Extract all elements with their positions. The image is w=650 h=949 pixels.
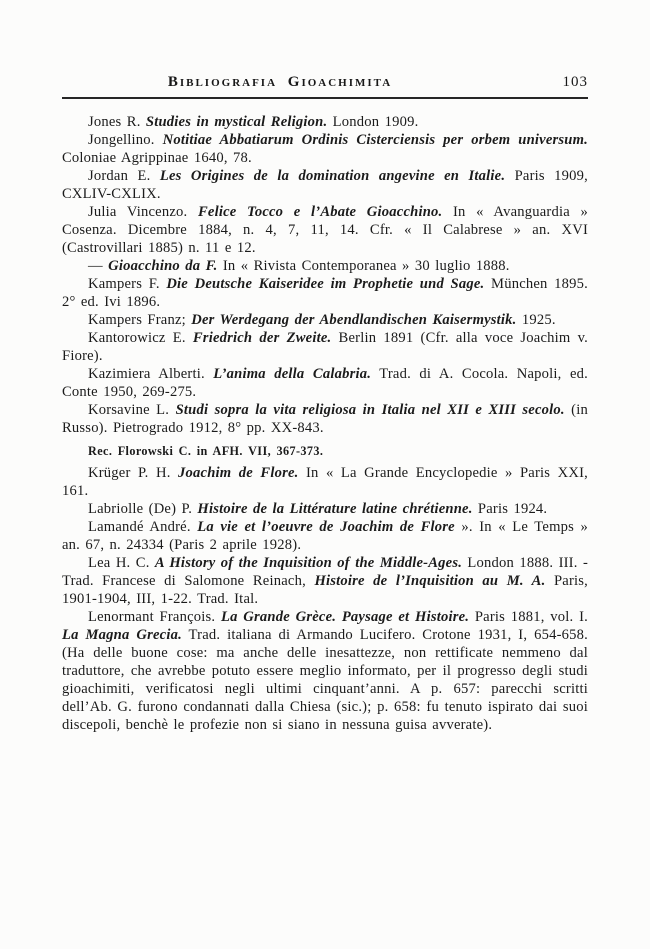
work-title: Gioacchino da F.: [108, 258, 217, 274]
entry-text: Kampers Franz;: [88, 312, 191, 328]
bibliography-entry: — Gioacchino da F. In « Rivista Contempo…: [62, 257, 588, 275]
entry-text: Lamandé André.: [88, 519, 197, 535]
work-title: Friedrich der Zweite.: [193, 330, 332, 346]
entry-text: Korsavine L.: [88, 402, 176, 418]
entry-text: Julia Vincenzo.: [88, 204, 198, 220]
bibliography-entry: Lenormant François. La Grande Grèce. Pay…: [62, 608, 588, 734]
work-title: L’anima della Calabria.: [213, 366, 371, 382]
bibliography-entry: Jones R. Studies in mystical Religion. L…: [62, 113, 588, 131]
bibliography-entry: Lea H. C. A History of the Inquisition o…: [62, 554, 588, 608]
page-number: 103: [563, 74, 589, 91]
bibliography-note: Rec. Florowski C. in AFH. VII, 367-373.: [62, 442, 588, 460]
running-header: Bibliografia Gioachimita 103: [62, 74, 588, 95]
bibliography-entry: Jordan E. Les Origines de la domination …: [62, 167, 588, 203]
work-title: Histoire de l’Inquisition au M. A.: [314, 573, 545, 589]
bibliography-entry: Jongellino. Notitiae Abbatiarum Ordinis …: [62, 131, 588, 167]
work-title: La vie et l’oeuvre de Joachim de Flore: [197, 519, 455, 535]
entry-text: Kampers F.: [88, 276, 166, 292]
work-title: Studi sopra la vita religiosa in Italia …: [176, 402, 565, 418]
work-title: La Grande Grèce. Paysage et Histoire.: [221, 609, 469, 625]
scanned-book-page: Bibliografia Gioachimita 103 Jones R. St…: [0, 0, 650, 949]
work-title: Der Werdegang der Abendlandischen Kaiser…: [191, 312, 516, 328]
work-title: A History of the Inquisition of the Midd…: [155, 555, 462, 571]
entry-text: 1925.: [517, 312, 556, 328]
work-title: Die Deutsche Kaiseridee im Prophetie und…: [166, 276, 484, 292]
entry-text: Lea H. C.: [88, 555, 155, 571]
entry-text: Kazimiera Alberti.: [88, 366, 213, 382]
bibliography-body: Jones R. Studies in mystical Religion. L…: [62, 113, 588, 734]
bibliography-entry: Kazimiera Alberti. L’anima della Calabri…: [62, 365, 588, 401]
entry-text: London 1909.: [327, 114, 418, 130]
entry-text: —: [88, 258, 108, 274]
entry-text: Coloniae Agrippinae 1640, 78.: [62, 150, 252, 166]
bibliography-entry: Krüger P. H. Joachim de Flore. In « La G…: [62, 464, 588, 500]
entry-text: Krüger P. H.: [88, 465, 178, 481]
page-header-title: Bibliografia Gioachimita: [62, 74, 498, 91]
bibliography-entry: Korsavine L. Studi sopra la vita religio…: [62, 401, 588, 437]
entry-text: Paris 1924.: [473, 501, 548, 517]
entry-text: Jordan E.: [88, 168, 160, 184]
bibliography-entry: Kampers F. Die Deutsche Kaiseridee im Pr…: [62, 275, 588, 311]
page-content: Bibliografia Gioachimita 103 Jones R. St…: [62, 74, 588, 734]
work-title: Notitiae Abbatiarum Ordinis Cisterciensi…: [163, 132, 588, 148]
entry-text: Jongellino.: [88, 132, 163, 148]
entry-text: In « Rivista Contemporanea » 30 luglio 1…: [217, 258, 509, 274]
entry-text: Lenormant François.: [88, 609, 221, 625]
entry-text: Jones R.: [88, 114, 146, 130]
entry-text: Kantorowicz E.: [88, 330, 193, 346]
bibliography-entry: Labriolle (De) P. Histoire de la Littéra…: [62, 500, 588, 518]
entry-text: Labriolle (De) P.: [88, 501, 197, 517]
work-title: Felice Tocco e l’Abate Gioacchino.: [198, 204, 442, 220]
work-title: Studies in mystical Religion.: [146, 114, 327, 130]
bibliography-entry: Julia Vincenzo. Felice Tocco e l’Abate G…: [62, 203, 588, 257]
header-rule: [62, 97, 588, 99]
entry-text: Paris 1881, vol. I.: [469, 609, 588, 625]
bibliography-entry: Lamandé André. La vie et l’oeuvre de Joa…: [62, 518, 588, 554]
work-title: Les Origines de la domination angevine e…: [160, 168, 505, 184]
work-title: La Magna Grecia.: [62, 627, 182, 643]
bibliography-entry: Kampers Franz; Der Werdegang der Abendla…: [62, 311, 588, 329]
work-title: Joachim de Flore.: [178, 465, 298, 481]
work-title: Histoire de la Littérature latine chréti…: [197, 501, 472, 517]
bibliography-entry: Kantorowicz E. Friedrich der Zweite. Ber…: [62, 329, 588, 365]
entry-text: Rec. Florowski C. in AFH. VII, 367-373.: [88, 444, 323, 458]
